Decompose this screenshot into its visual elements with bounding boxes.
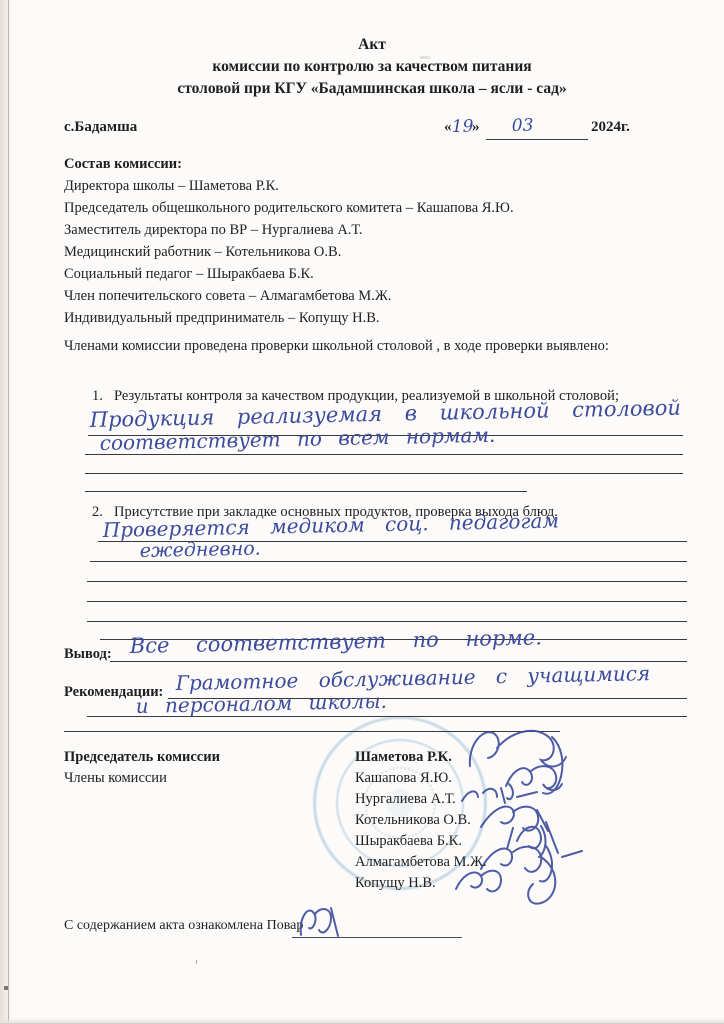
item-2-answer-line-2: ежедневно. <box>140 537 261 562</box>
members-label: Члены комиссии <box>64 770 167 787</box>
commission-member: Индивидуальный предприниматель – Копущу … <box>64 310 380 327</box>
commission-member: Заместитель директора по ВР – Нургалиева… <box>64 222 362 239</box>
signature-shametova-tail <box>543 737 562 794</box>
commission-member: Медицинский работник – Котельникова О.В. <box>64 244 341 261</box>
signature-kashapova <box>506 766 562 790</box>
signature-cook <box>301 908 338 936</box>
date-quote-open: « <box>444 119 452 136</box>
recommendations-line-2: и персоналом школы. <box>135 689 387 718</box>
signature-shyrakbaeva <box>507 822 558 857</box>
signatory-name: Нургалиева А.Т. <box>355 791 456 808</box>
date-month-handwritten: 03 <box>512 116 534 136</box>
ruled-line <box>85 491 527 492</box>
ruled-line <box>87 581 687 582</box>
date-quote-close: » <box>472 119 480 136</box>
date-day-handwritten: 19 <box>452 117 474 137</box>
scan-speck <box>196 960 197 964</box>
date-year: 2024г. <box>591 119 630 136</box>
scan-speck <box>4 986 8 990</box>
commission-member: Социальный педагог – Шыракбаева Б.К. <box>64 266 314 283</box>
place-name: с.Бадамша <box>64 119 137 136</box>
signatory-name: Кашапова Я.Ю. <box>355 770 452 787</box>
signature-shametova <box>470 731 566 767</box>
signatory-name: Копущу Н.В. <box>355 875 436 892</box>
signatory-name: Котельникова О.В. <box>355 812 471 829</box>
ruled-line <box>85 473 683 474</box>
date-underline <box>486 139 588 140</box>
ruled-line <box>87 716 687 717</box>
page-subtitle-2: столовой при КГУ «Бадамшинская школа – я… <box>20 80 724 98</box>
acknowledgement-text: С содержанием акта ознакомлена Повар <box>64 918 303 934</box>
page-subtitle-1: комиссии по контролю за качеством питани… <box>20 58 724 76</box>
ruled-line <box>87 601 687 602</box>
item-2-number: 2. <box>92 504 103 521</box>
scan-edge-left <box>0 0 12 1024</box>
conclusion-label: Вывод: <box>64 646 112 663</box>
item-1-number: 1. <box>92 388 103 405</box>
commission-member: Член попечительского совета – Алмагамбет… <box>64 288 391 305</box>
acknowledgement-underline <box>292 937 462 938</box>
chairman-label: Председатель комиссии <box>64 749 220 766</box>
signature-kopushchu <box>456 871 501 892</box>
scanned-document-page: Акт комиссии по контролю за качеством пи… <box>0 0 724 1024</box>
ruled-line <box>90 561 687 562</box>
page-title: Акт <box>20 36 724 54</box>
commission-member: Председатель общешкольного родительского… <box>64 200 514 217</box>
signatory-name: Шаметова Р.К. <box>355 749 452 766</box>
commission-heading: Состав комиссии: <box>64 156 182 173</box>
recommendations-line-1: Грамотное обслуживание с учащимися <box>175 661 650 695</box>
conclusion-handwritten: Все соответствует по норме. <box>129 625 542 658</box>
signatory-name: Алмагамбетова М.Ж. <box>355 854 487 871</box>
scan-edge-bottom <box>0 1018 724 1024</box>
signature-kotelnikova <box>481 807 548 831</box>
signatory-name: Шыракбаева Б.К. <box>355 833 462 850</box>
commission-member: Директора школы – Шаметова Р.К. <box>64 178 279 195</box>
intro-paragraph: Членами комиссии проведена проверки школ… <box>64 338 609 355</box>
signature-almagambetova <box>481 846 582 881</box>
ruled-line <box>87 621 687 622</box>
scan-edge-line <box>8 0 9 1024</box>
signature-almagambetova-loop <box>528 857 555 904</box>
ruled-line <box>64 731 560 732</box>
ruled-line <box>85 454 683 455</box>
